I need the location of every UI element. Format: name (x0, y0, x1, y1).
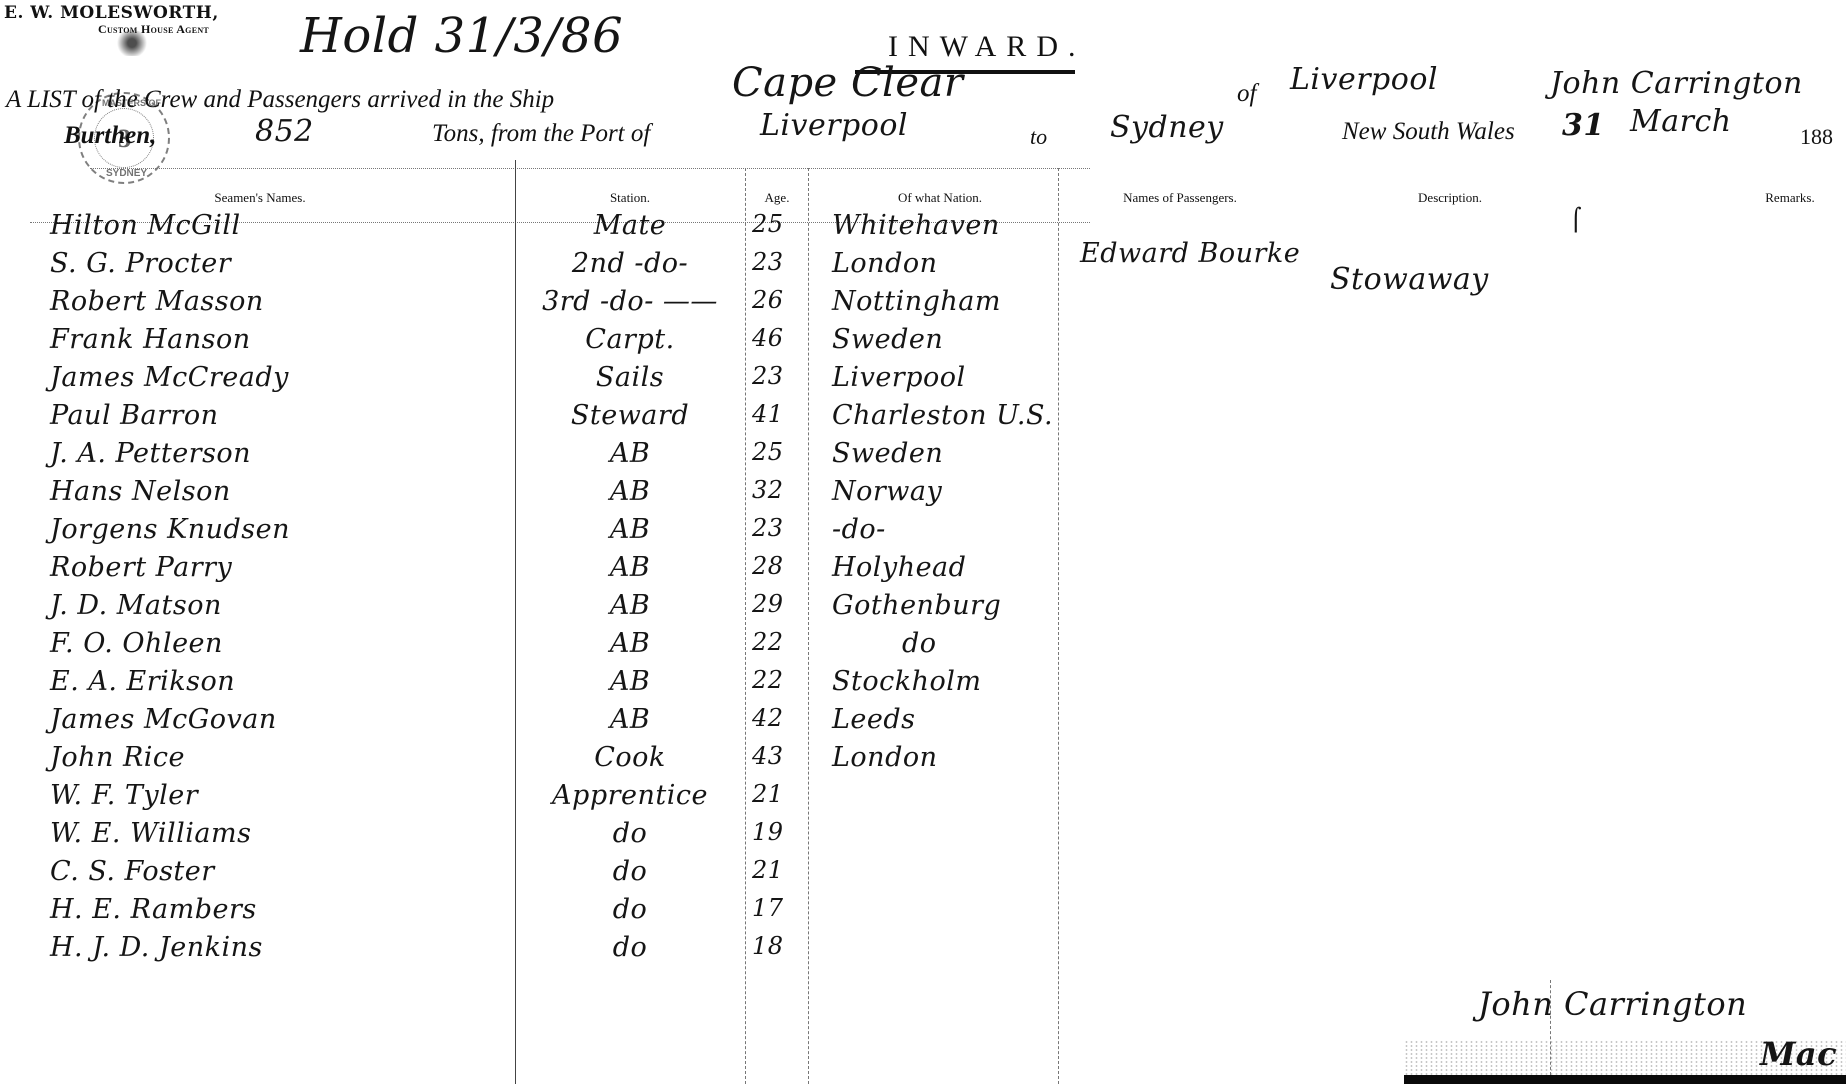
seaman-station: AB (520, 552, 740, 583)
crew-row: Frank Hanson Carpt. 46 Sweden (0, 324, 1100, 362)
seaman-age: 42 (752, 704, 812, 732)
seaman-age: 22 (752, 628, 812, 656)
col-header-remarks: Remarks. (1740, 190, 1840, 206)
seaman-name: C. S. Foster (50, 856, 510, 887)
arrival-month: March (1630, 104, 1732, 139)
col-header-seamen-names: Seamen's Names. (160, 190, 360, 206)
burthen-label: Burthen, (64, 122, 156, 150)
seaman-name: Paul Barron (50, 400, 510, 431)
seaman-name: H. J. D. Jenkins (50, 932, 510, 963)
scan-edge-bar (1404, 1075, 1846, 1084)
destination-region: New South Wales (1342, 118, 1515, 146)
seaman-nation: Leeds (832, 704, 1062, 735)
arrival-day: 31 (1562, 108, 1605, 143)
seaman-name: W. F. Tyler (50, 780, 510, 811)
tick-mark: ⌠ (1570, 208, 1582, 233)
seaman-station: Carpt. (520, 324, 740, 355)
crew-row: Robert Masson 3rd -do- —— 26 Nottingham (0, 286, 1100, 324)
seaman-age: 21 (752, 856, 812, 884)
agent-name: E. W. MOLESWORTH, (4, 3, 219, 23)
seaman-age: 32 (752, 476, 812, 504)
seaman-name: Jorgens Knudsen (50, 514, 510, 545)
seaman-age: 25 (752, 438, 812, 466)
seaman-name: Hans Nelson (50, 476, 510, 507)
port-from: Liverpool (760, 108, 908, 143)
crew-row: Hilton McGill Mate 25 Whitehaven (0, 210, 1100, 248)
crew-row: Paul Barron Steward 41 Charleston U.S. (0, 400, 1100, 438)
crown-stamp-icon (115, 30, 149, 56)
seaman-nation: Nottingham (832, 286, 1062, 317)
seaman-station: do (520, 818, 740, 849)
seaman-station: AB (520, 666, 740, 697)
crew-row: Robert Parry AB 28 Holyhead (0, 552, 1100, 590)
seaman-age: 19 (752, 818, 812, 846)
seaman-name: E. A. Erikson (50, 666, 510, 697)
form-title: INWARD. (888, 30, 1086, 64)
agent-title: Custom House Agent (98, 22, 209, 37)
seaman-age: 21 (752, 780, 812, 808)
crew-row: H. J. D. Jenkins do 18 (0, 932, 1100, 970)
seaman-station: do (520, 894, 740, 925)
file-annotation: Hold 31/3/86 (300, 8, 623, 64)
seaman-age: 41 (752, 400, 812, 428)
crew-row: James McCready Sails 23 Liverpool (0, 362, 1100, 400)
crew-row: W. F. Tyler Apprentice 21 (0, 780, 1100, 818)
crew-row: W. E. Williams do 19 (0, 818, 1100, 856)
crew-row: H. E. Rambers do 17 (0, 894, 1100, 932)
seaman-station: Steward (520, 400, 740, 431)
of-label: of (1237, 80, 1256, 108)
crew-row: J. A. Petterson AB 25 Sweden (0, 438, 1100, 476)
seaman-station: Cook (520, 742, 740, 773)
crew-row: F. O. Ohleen AB 22 do (0, 628, 1100, 666)
seaman-nation: Norway (832, 476, 1062, 507)
seaman-station: 2nd -do- (520, 248, 740, 279)
crew-row: C. S. Foster do 21 (0, 856, 1100, 894)
seaman-name: S. G. Procter (50, 248, 510, 279)
seaman-age: 46 (752, 324, 812, 352)
crew-row: James McGovan AB 42 Leeds (0, 704, 1100, 742)
ship-name: Cape Clear (732, 60, 963, 106)
seaman-station: AB (520, 704, 740, 735)
seaman-age: 26 (752, 286, 812, 314)
crew-row: Hans Nelson AB 32 Norway (0, 476, 1100, 514)
signature-suffix: Mac (1760, 1035, 1837, 1073)
seaman-nation: Gothenburg (832, 590, 1062, 621)
passenger-name: Edward Bourke (1080, 238, 1300, 269)
seaman-station: AB (520, 476, 740, 507)
seaman-nation: Liverpool (832, 362, 1062, 393)
seaman-station: 3rd -do- —— (520, 286, 740, 317)
seaman-station: AB (520, 628, 740, 659)
seaman-nation: Sweden (832, 438, 1062, 469)
col-header-age: Age. (748, 190, 806, 206)
seaman-name: James McGovan (50, 704, 510, 735)
list-heading: A LIST of the Crew and Passengers arrive… (6, 86, 554, 114)
col-header-station: Station. (560, 190, 700, 206)
seaman-age: 23 (752, 514, 812, 542)
crew-row: S. G. Procter 2nd -do- 23 London (0, 248, 1100, 286)
col-header-passenger-names: Names of Passengers. (1090, 190, 1270, 206)
seaman-name: Robert Parry (50, 552, 510, 583)
port-to: Sydney (1110, 110, 1224, 145)
tonnage: 852 (255, 114, 314, 149)
seaman-station: Apprentice (520, 780, 740, 811)
seaman-name: Hilton McGill (50, 210, 510, 241)
seaman-age: 18 (752, 932, 812, 960)
seaman-name: James McCready (50, 362, 510, 393)
seaman-name: J. A. Petterson (50, 438, 510, 469)
seaman-nation: London (832, 248, 1062, 279)
seaman-station: Sails (520, 362, 740, 393)
seaman-station: Mate (520, 210, 740, 241)
seaman-nation: London (832, 742, 1062, 773)
seaman-station: AB (520, 590, 740, 621)
port-of-registry: Liverpool (1290, 62, 1438, 97)
year-prefix: 188 (1800, 124, 1833, 150)
to-label: to (1030, 124, 1047, 150)
col-header-description: Description. (1390, 190, 1510, 206)
seaman-name: Robert Masson (50, 286, 510, 317)
seaman-station: do (520, 932, 740, 963)
col-header-nation: Of what Nation. (860, 190, 1020, 206)
crew-row: J. D. Matson AB 29 Gothenburg (0, 590, 1100, 628)
seaman-nation: Sweden (832, 324, 1062, 355)
seaman-nation: Holyhead (832, 552, 1062, 583)
seaman-name: John Rice (50, 742, 510, 773)
seaman-nation: -do- (832, 514, 1062, 545)
seaman-station: AB (520, 438, 740, 469)
stamp-bottom-text: SYDNEY (106, 168, 147, 179)
seaman-name: W. E. Williams (50, 818, 510, 849)
master-signature: John Carrington (1478, 985, 1747, 1023)
seaman-name: J. D. Matson (50, 590, 510, 621)
seaman-name: H. E. Rambers (50, 894, 510, 925)
crew-row: E. A. Erikson AB 22 Stockholm (0, 666, 1100, 704)
seaman-age: 29 (752, 590, 812, 618)
passenger-description: Stowaway (1330, 262, 1489, 297)
seaman-nation: do (832, 628, 1062, 659)
header-rule-top (90, 168, 1090, 169)
seaman-nation: Charleston U.S. (832, 400, 1062, 431)
seaman-name: F. O. Ohleen (50, 628, 510, 659)
seaman-age: 17 (752, 894, 812, 922)
seaman-station: do (520, 856, 740, 887)
seaman-age: 25 (752, 210, 812, 238)
seaman-age: 22 (752, 666, 812, 694)
seaman-age: 23 (752, 248, 812, 276)
seaman-station: AB (520, 514, 740, 545)
seaman-nation: Whitehaven (832, 210, 1062, 241)
seaman-name: Frank Hanson (50, 324, 510, 355)
seaman-age: 23 (752, 362, 812, 390)
seaman-age: 43 (752, 742, 812, 770)
seaman-age: 28 (752, 552, 812, 580)
tons-from-port-label: Tons, from the Port of (432, 120, 650, 148)
seaman-nation: Stockholm (832, 666, 1062, 697)
crew-row: Jorgens Knudsen AB 23 -do- (0, 514, 1100, 552)
master-name: John Carrington (1550, 66, 1803, 101)
crew-row: John Rice Cook 43 London (0, 742, 1100, 780)
